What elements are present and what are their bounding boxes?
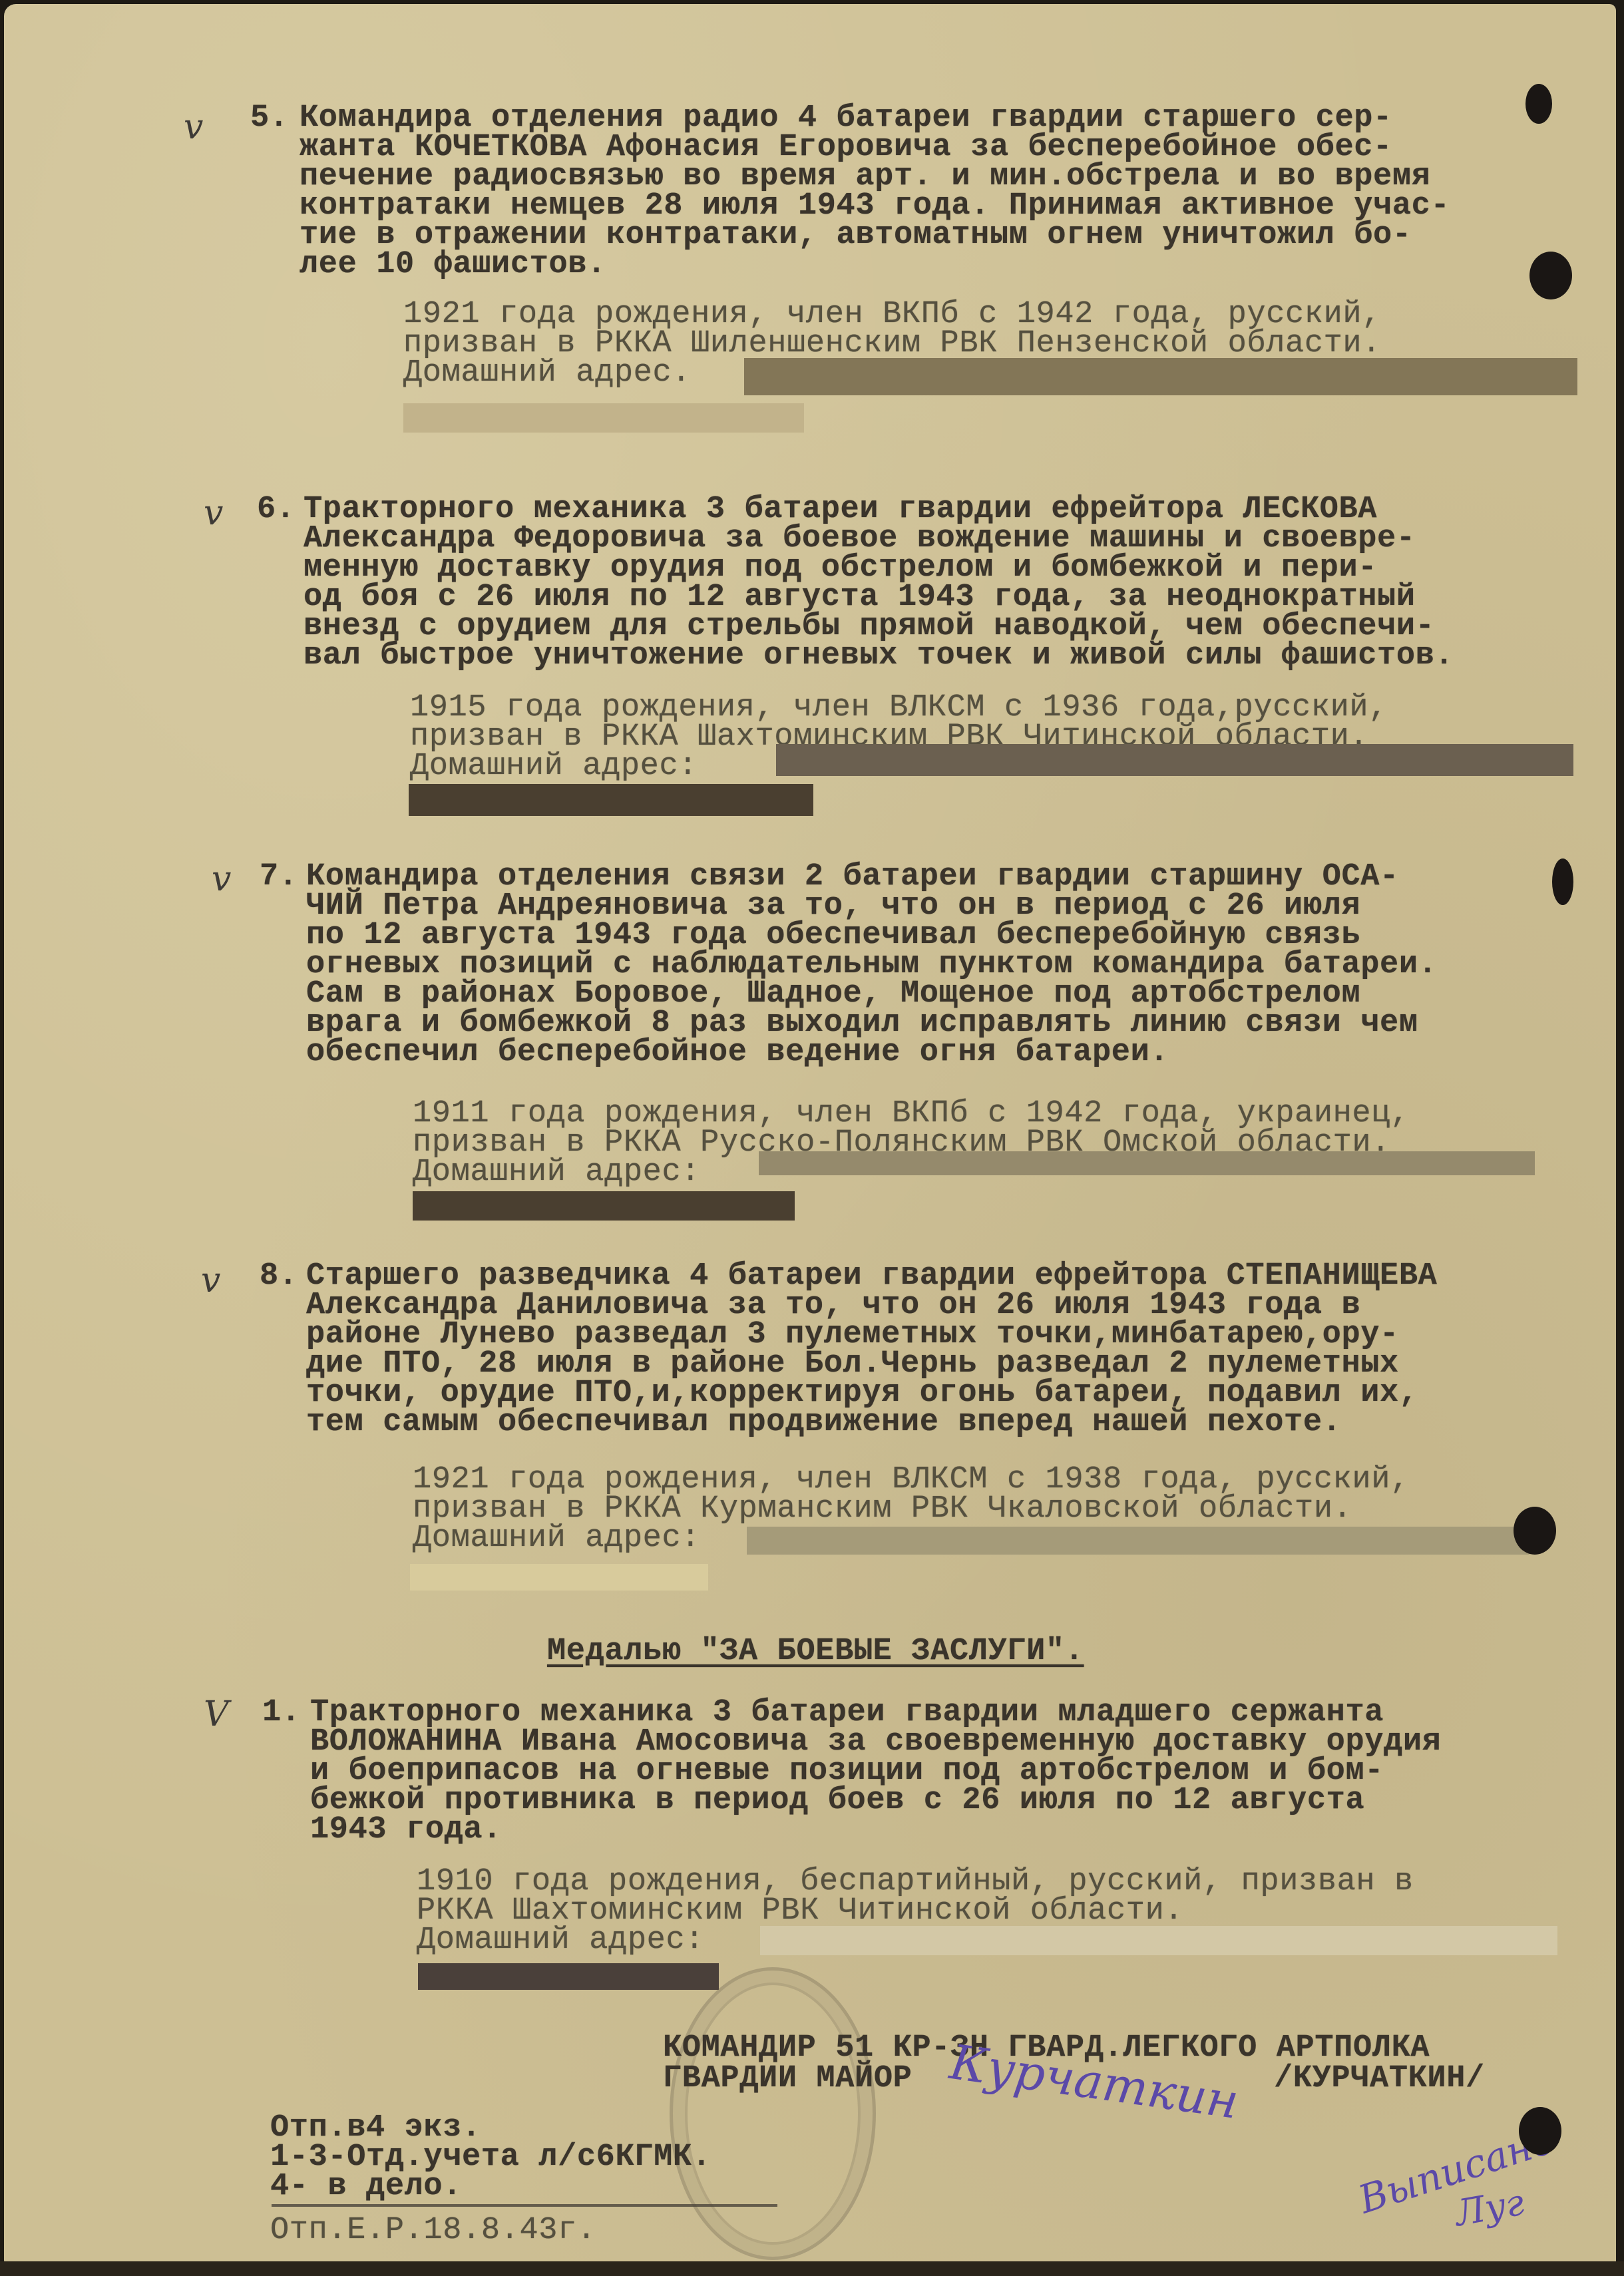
- medal-item-1-bio-1: 1910 года рождения, беспартийный, русски…: [417, 1867, 1414, 1897]
- item-8-line-1: Старшего разведчика 4 батареи гвардии еф…: [306, 1262, 1437, 1291]
- item-6-line-4: од боя с 26 июля по 12 августа 1943 года…: [304, 583, 1416, 612]
- item-5-number: 5.: [250, 104, 289, 133]
- item-7-line-5: Сам в районах Боровое, Шадное, Мощеное п…: [306, 980, 1360, 1009]
- item-8-line-3: районе Лунево разведал 3 пулеметных точк…: [306, 1320, 1399, 1350]
- item-7-line-1: Командира отделения связи 2 батареи гвар…: [306, 862, 1399, 892]
- checkmark-icon: v: [204, 493, 223, 533]
- redaction-bar: [409, 784, 813, 816]
- footer-line-3: 4- в дело.: [270, 2172, 462, 2201]
- item-5-line-6: лее 10 фашистов.: [300, 250, 606, 280]
- item-7-line-7: обеспечил бесперебойное ведение огня бат…: [306, 1038, 1169, 1067]
- item-7-line-4: огневых позиций с наблюдательным пунктом…: [306, 950, 1437, 980]
- item-8-line-5: точки, орудие ПТО,и,корректируя огонь ба…: [306, 1379, 1418, 1408]
- checkmark-icon: V: [204, 1694, 229, 1734]
- medal-item-1-line-3: и боеприпасов на огневые позиции под арт…: [310, 1757, 1384, 1786]
- item-5-line-1: Командира отделения радио 4 батареи гвар…: [300, 104, 1392, 133]
- footer-rule: [272, 2204, 777, 2207]
- redaction-bar: [776, 744, 1573, 776]
- binding-hole: [1514, 1507, 1556, 1555]
- item-7-bio-1: 1911 года рождения, член ВКПб с 1942 год…: [413, 1099, 1410, 1129]
- item-8-number: 8.: [260, 1262, 298, 1291]
- item-8-bio-3: Домашний адрес:: [413, 1524, 700, 1553]
- redaction-bar: [760, 1926, 1557, 1955]
- item-6-bio-3: Домашний адрес:: [410, 752, 698, 781]
- binding-hole: [1529, 252, 1572, 299]
- item-6-line-5: внезд с орудием для стрельбы прямой наво…: [304, 612, 1434, 642]
- item-6-line-2: Александра Федоровича за боевое вождение…: [304, 524, 1416, 554]
- item-6-line-1: Тракторного механика 3 батареи гвардии е…: [304, 495, 1377, 524]
- redaction-bar: [759, 1151, 1535, 1175]
- item-8-bio-2: призван в РККА Курманским РВК Чкаловской…: [413, 1495, 1352, 1524]
- item-5-bio-1: 1921 года рождения, член ВКПб с 1942 год…: [403, 300, 1381, 329]
- redaction-bar: [744, 358, 1577, 395]
- medal-item-1-line-1: Тракторного механика 3 батареи гвардии м…: [310, 1698, 1384, 1728]
- item-6-line-6: вал быстрое уничтожение огневых точек и …: [304, 642, 1454, 671]
- redaction-bar: [413, 1191, 795, 1221]
- item-5-line-2: жанта КОЧЕТКОВА Афонасия Егоровича за бе…: [300, 133, 1392, 162]
- checkmark-icon: v: [212, 859, 231, 899]
- signature-title-line-2: ГВАРДИИ МАЙОР: [663, 2064, 912, 2094]
- round-stamp: [670, 1967, 876, 2260]
- footer-after-rule: Отп.Е.Р.18.8.43г.: [270, 2216, 596, 2245]
- redaction-bar: [418, 1963, 719, 1990]
- medal-item-1-line-5: 1943 года.: [310, 1815, 502, 1845]
- item-7-line-2: ЧИЙ Петра Андреяновича за то, что он в п…: [306, 892, 1360, 921]
- footer-line-1: Отп.в4 экз.: [270, 2114, 481, 2143]
- item-7-bio-3: Домашний адрес:: [413, 1158, 700, 1187]
- medal-item-1-line-2: ВОЛОЖАНИНА Ивана Амосовича за своевремен…: [310, 1728, 1441, 1757]
- item-6-line-3: менную доставку орудия под обстрелом и б…: [304, 554, 1377, 583]
- item-7-number: 7.: [260, 862, 298, 892]
- binding-hole: [1519, 2107, 1561, 2155]
- item-6-number: 6.: [257, 495, 296, 524]
- item-5-bio-2: призван в РККА Шиленшенским РВК Пензенск…: [403, 329, 1381, 359]
- page-edge: [0, 2261, 1624, 2276]
- signature-name: /КУРЧАТКИН/: [1274, 2064, 1485, 2094]
- item-5-line-4: контратаки немцев 28 июля 1943 года. При…: [300, 192, 1450, 221]
- document-page: v 5. Командира отделения радио 4 батареи…: [4, 4, 1616, 2267]
- footer-line-2: 1-3-Отд.учета л/с6КГМК.: [270, 2143, 711, 2172]
- item-7-line-3: по 12 августа 1943 года обеспечивал бесп…: [306, 921, 1360, 950]
- binding-hole: [1552, 858, 1573, 905]
- medal-item-1-number: 1.: [262, 1698, 301, 1728]
- item-8-bio-1: 1921 года рождения, член ВЛКСМ с 1938 го…: [413, 1465, 1410, 1495]
- binding-hole: [1525, 84, 1552, 124]
- medal-item-1-bio-2: РККА Шахтоминским РВК Читинской области.: [417, 1897, 1183, 1926]
- checkmark-icon: v: [184, 107, 203, 147]
- redaction-bar: [410, 1564, 708, 1591]
- item-8-line-4: дие ПТО, 28 июля в районе Бол.Чернь разв…: [306, 1350, 1399, 1379]
- checkmark-icon: v: [201, 1260, 220, 1300]
- item-8-line-6: тем самым обеспечивал продвижение вперед…: [306, 1408, 1341, 1437]
- medal-item-1-bio-3: Домашний адрес:: [417, 1926, 704, 1955]
- item-5-line-5: тие в отражении контратаки, автоматным о…: [300, 221, 1412, 250]
- item-6-bio-1: 1915 года рождения, член ВЛКСМ с 1936 го…: [410, 693, 1388, 723]
- item-8-line-2: Александра Даниловича за то, что он 26 и…: [306, 1291, 1360, 1320]
- item-5-bio-3: Домашний адрес.: [403, 359, 691, 388]
- redaction-bar: [747, 1527, 1529, 1555]
- medal-item-1-line-4: бежкой противника в период боев с 26 июл…: [310, 1786, 1364, 1815]
- item-7-line-6: врага и бомбежкой 8 раз выходил исправля…: [306, 1009, 1418, 1038]
- item-5-line-3: печение радиосвязью во время арт. и мин.…: [300, 162, 1430, 192]
- medal-heading: Медалью "ЗА БОЕВЫЕ ЗАСЛУГИ".: [547, 1637, 1084, 1666]
- redaction-bar: [403, 403, 804, 433]
